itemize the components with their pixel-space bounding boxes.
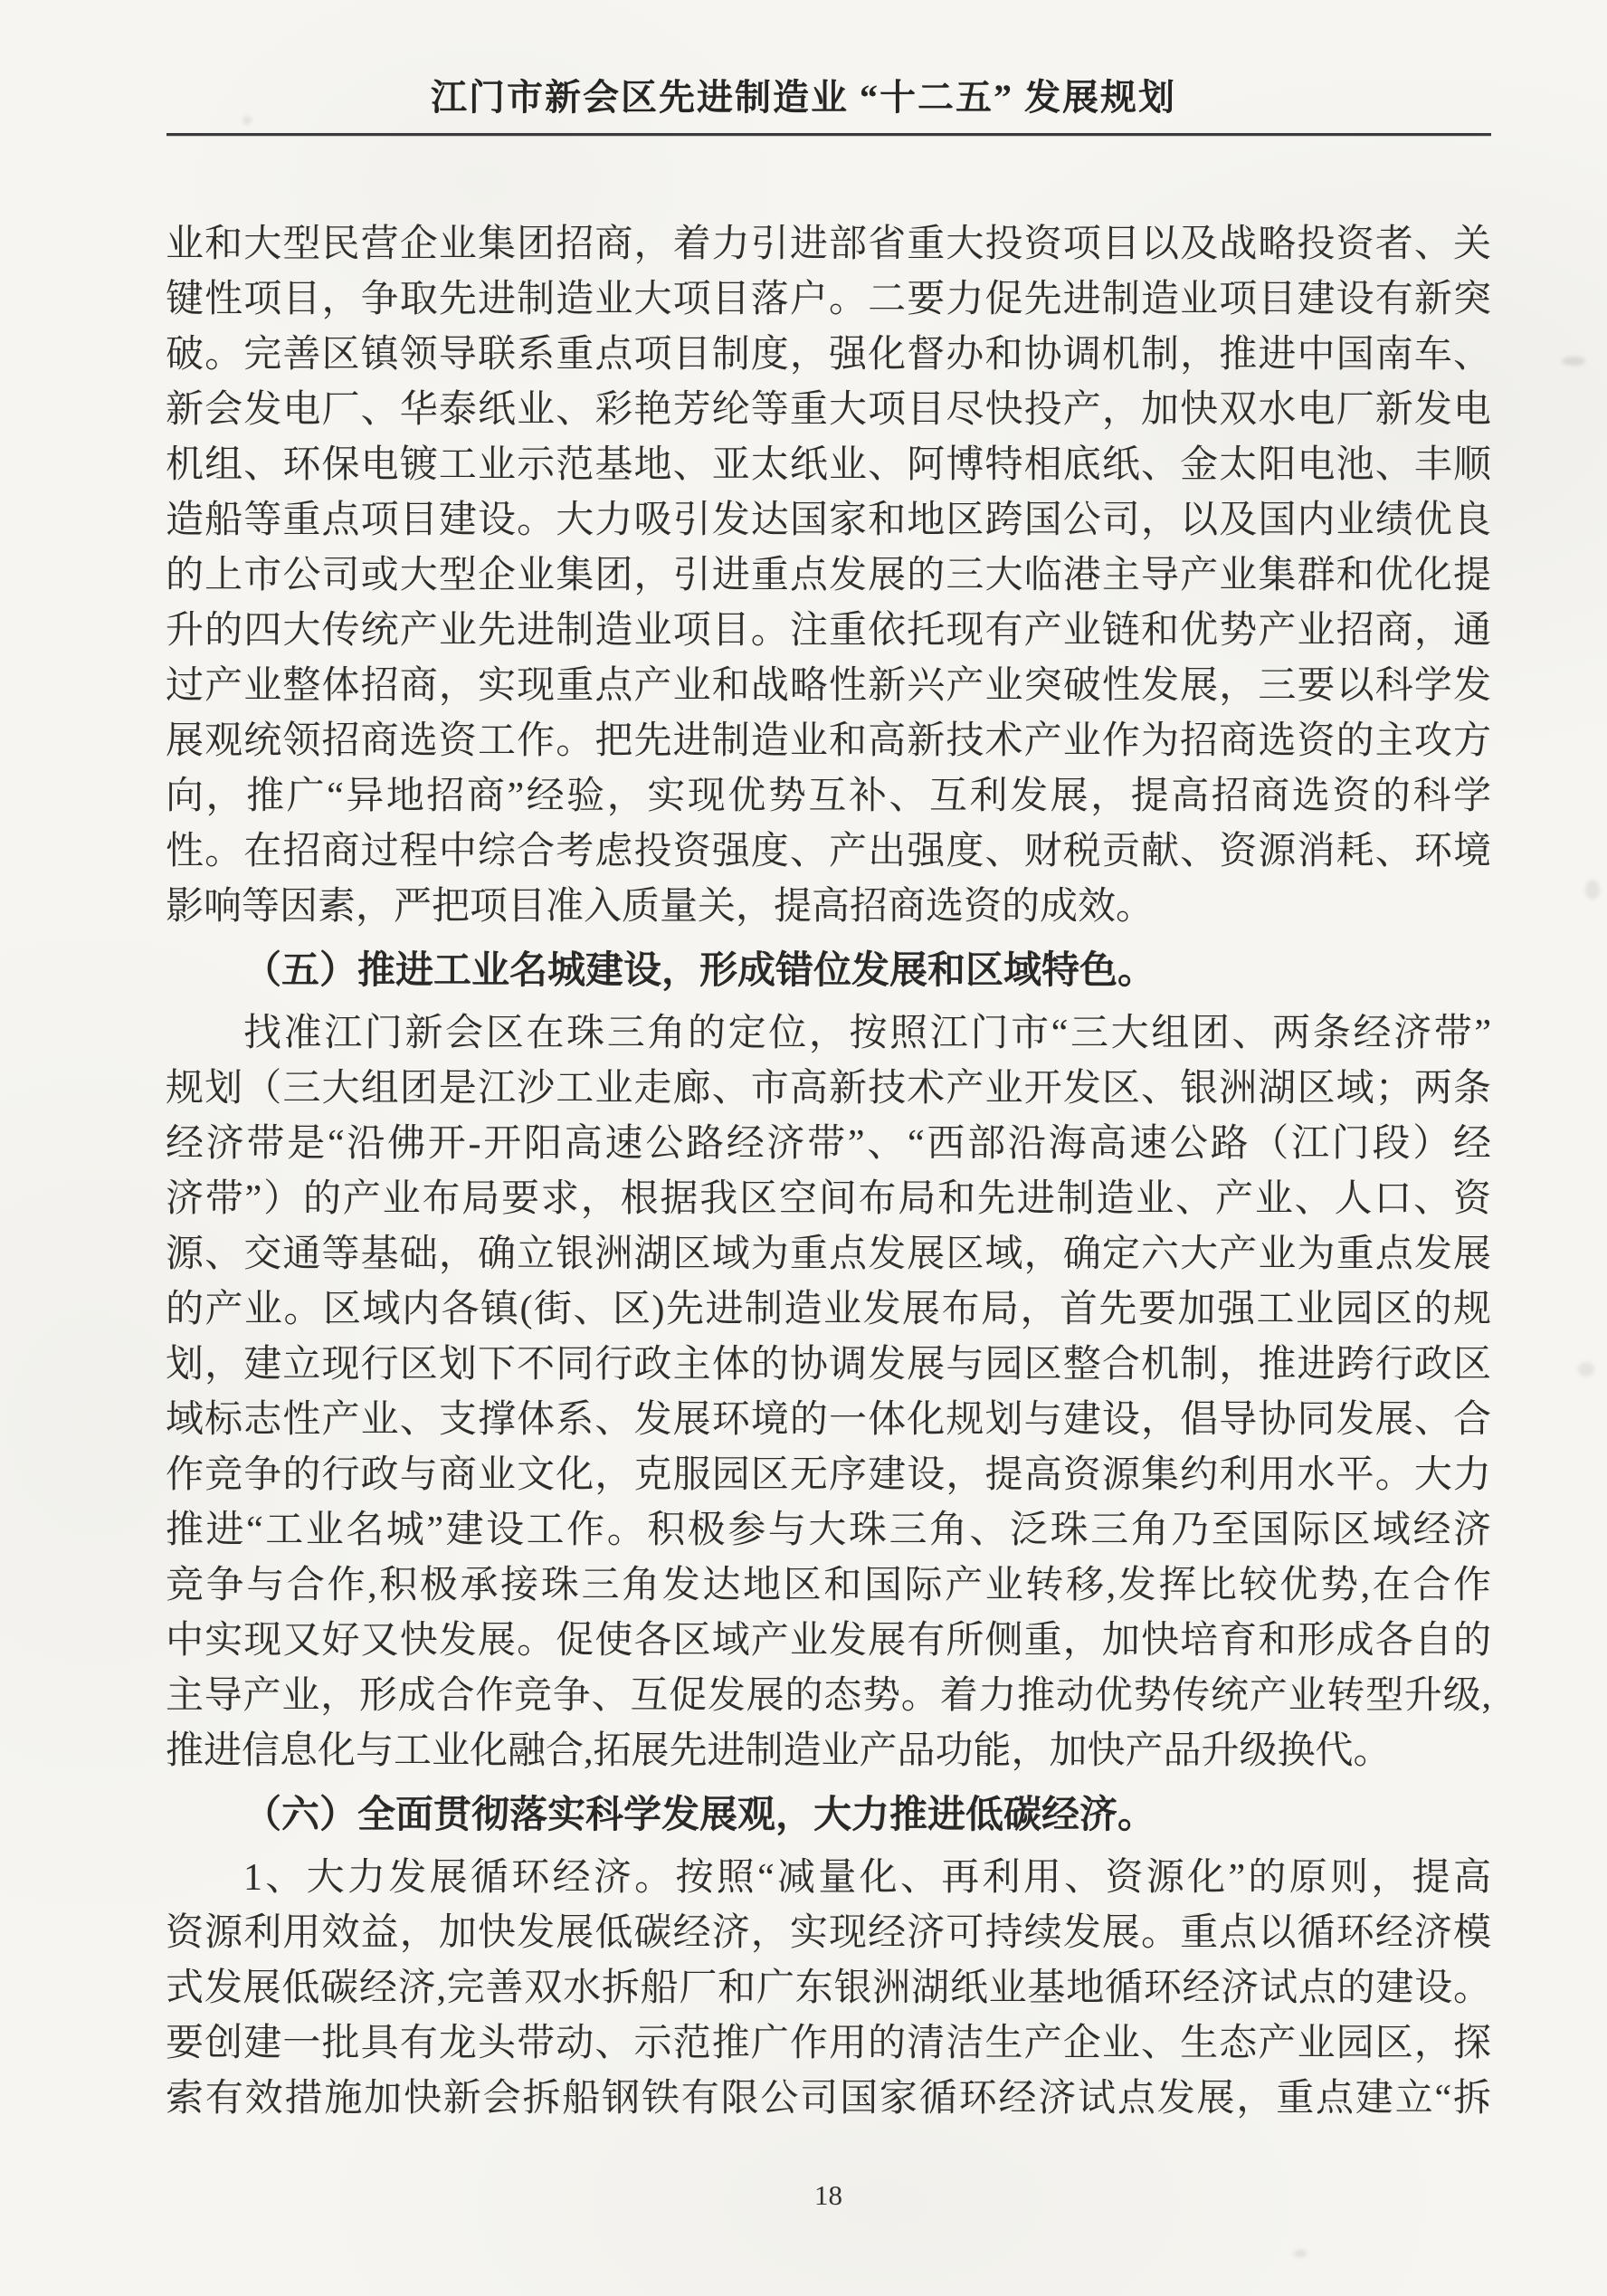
text-line: 推进信息化与工业化融合,拓展先进制造业产品功能，加快产品升级换代。 xyxy=(166,1724,1491,1779)
text-line: 索有效措施加快新会拆船钢铁有限公司国家循环经济试点发展，重点建立“拆 xyxy=(166,2072,1491,2127)
text-line: 源、交通等基础，确立银洲湖区域为重点发展区域，确定六大产业为重点发展 xyxy=(166,1227,1491,1282)
page-number: 18 xyxy=(166,2179,1491,2212)
text-line: 升的四大传统产业先进制造业项目。注重依托现有产业链和优势产业招商，通 xyxy=(166,604,1491,659)
document-title: 江门市新会区先进制造业 “十二五” 发展规划 xyxy=(0,76,1607,119)
text-line: 业和大型民营企业集团招商，着力引进部省重大投资项目以及战略投资者、关 xyxy=(166,217,1491,272)
text-line: 要创建一批具有龙头带动、示范推广作用的清洁生产企业、生态产业园区，探 xyxy=(166,2016,1491,2072)
text-line: 域标志性产业、支撑体系、发展环境的一体化规划与建设，倡导协同发展、合 xyxy=(166,1393,1491,1448)
text-line: 作竞争的行政与商业文化，克服园区无序建设，提高资源集约利用水平。大力 xyxy=(166,1448,1491,1503)
text-line: 过产业整体招商，实现重点产业和战略性新兴产业突破性发展，三要以科学发 xyxy=(166,659,1491,714)
text-line: 主导产业，形成合作竞争、互促发展的态势。着力推动优势传统产业转型升级, xyxy=(166,1669,1491,1724)
text-line: 性。在招商过程中综合考虑投资强度、产出强度、财税贡献、资源消耗、环境 xyxy=(166,824,1491,880)
document-body: 业和大型民营企业集团招商，着力引进部省重大投资项目以及战略投资者、关键性项目，争… xyxy=(166,217,1491,2127)
text-line: 的上市公司或大型企业集团，引进重点发展的三大临港主导产业集群和优化提 xyxy=(166,548,1491,604)
text-line: 济带”）的产业布局要求，根据我区空间布局和先进制造业、产业、人口、资 xyxy=(166,1172,1491,1227)
text-line: 竞争与合作,积极承接珠三角发达地区和国际产业转移,发挥比较优势,在合作 xyxy=(166,1558,1491,1614)
text-line: 划，建立现行区划下不同行政主体的协调发展与园区整合机制，推进跨行政区 xyxy=(166,1338,1491,1393)
text-line: 推进“工业名城”建设工作。积极参与大珠三角、泛珠三角乃至国际区域经济 xyxy=(166,1503,1491,1558)
text-line: 式发展低碳经济,完善双水拆船厂和广东银洲湖纸业基地循环经济试点的建设。 xyxy=(166,1961,1491,2016)
text-line: 规划（三大组团是江沙工业走廊、市高新技术产业开发区、银洲湖区域；两条 xyxy=(166,1062,1491,1117)
text-line: 键性项目，争取先进制造业大项目落户。二要力促先进制造业项目建设有新突 xyxy=(166,272,1491,328)
header-rule xyxy=(166,133,1491,136)
text-line: 资源利用效益，加快发展低碳经济，实现经济可持续发展。重点以循环经济模 xyxy=(166,1906,1491,1961)
text-line: 中实现又好又快发展。促使各区域产业发展有所侧重，加快培育和形成各自的 xyxy=(166,1614,1491,1669)
scan-smudge xyxy=(1562,357,1585,366)
text-line: 造船等重点项目建设。大力吸引发达国家和地区跨国公司，以及国内业绩优良 xyxy=(166,493,1491,548)
scan-smudge xyxy=(1578,1362,1594,1377)
scan-smudge xyxy=(1585,880,1600,900)
text-line: 机组、环保电镀工业示范基地、亚太纸业、阿博特相底纸、金太阳电池、丰顺 xyxy=(166,438,1491,493)
scan-smudge xyxy=(1294,2250,1307,2257)
document-page: 江门市新会区先进制造业 “十二五” 发展规划 业和大型民营企业集团招商，着力引进… xyxy=(0,0,1607,2296)
text-line: 影响等因素，严把项目准入质量关，提高招商选资的成效。 xyxy=(166,880,1491,935)
section-heading: （六）全面贯彻落实科学发展观，大力推进低碳经济。 xyxy=(166,1788,1491,1843)
text-line: 新会发电厂、华泰纸业、彩艳芳纶等重大项目尽快投产，加快双水电厂新发电 xyxy=(166,383,1491,438)
text-line: 的产业。区域内各镇(街、区)先进制造业发展布局，首先要加强工业园区的规 xyxy=(166,1282,1491,1338)
section-heading: （五）推进工业名城建设，形成错位发展和区域特色。 xyxy=(166,944,1491,999)
text-line: 向，推广“异地招商”经验，实现优势互补、互利发展，提高招商选资的科学 xyxy=(166,769,1491,824)
text-line: 经济带是“沿佛开-开阳高速公路经济带”、“西部沿海高速公路（江门段）经 xyxy=(166,1117,1491,1172)
text-line: 展观统领招商选资工作。把先进制造业和高新技术产业作为招商选资的主攻方 xyxy=(166,714,1491,769)
text-line: 找准江门新会区在珠三角的定位，按照江门市“三大组团、两条经济带” xyxy=(166,1006,1491,1062)
text-line: 破。完善区镇领导联系重点项目制度，强化督办和协调机制，推进中国南车、 xyxy=(166,328,1491,383)
text-line: 1、大力发展循环经济。按照“减量化、再利用、资源化”的原则，提高 xyxy=(166,1851,1491,1906)
